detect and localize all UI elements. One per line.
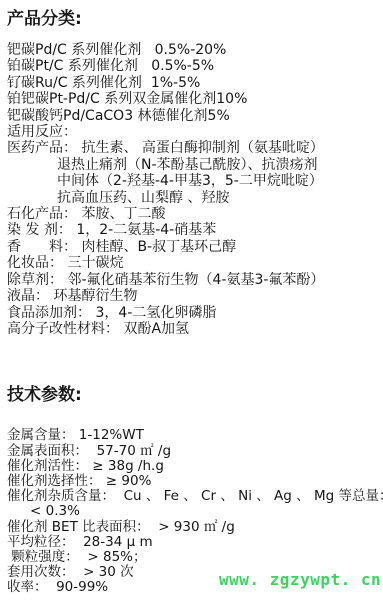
text-line: 液晶： 环基醇衍生物 (7, 288, 379, 304)
text-line: 金属表面积： 57-70 ㎡ /g (7, 444, 379, 459)
text-line: 铂碳Pt/C 系列催化剂 0.5%-5% (7, 58, 379, 74)
text-line: 中间体（2-羟基-4-甲基3，5-二甲烷吡啶） (7, 173, 379, 189)
text-line: 抗高血压药、山梨醇 、羟胺 (7, 190, 379, 206)
text-line: 钌碳Ru/C 系列催化剂 1%-5% (7, 75, 379, 91)
text-line: 金属含量： 1-12%WT (7, 428, 379, 443)
text-line: 化妆品： 三十碳烷 (7, 255, 379, 271)
section-title-product-categories: 产品分类: (7, 9, 379, 30)
text-line: 染 发 剂： 1，2-二氨基-4-硝基苯 (7, 222, 379, 238)
product-categories-list: 钯碳Pd/C 系列催化剂 0.5%-20%铂碳Pt/C 系列催化剂 0.5%-5… (7, 42, 379, 337)
text-line: 食品添加剂： 3，4-二氢化卵磷脂 (7, 305, 379, 321)
text-line: 催化剂杂质含量： Cu 、 Fe 、 Cr 、 Ni 、 Ag 、 Mg 等总量… (7, 489, 379, 504)
text-line: 钯碳Pd/C 系列催化剂 0.5%-20% (7, 42, 379, 58)
section-title-technical-parameters: 技术参数: (7, 385, 379, 406)
text-line: 颗粒强度： > 85%； (7, 550, 379, 565)
text-line: 催化剂选择性： ≥ 90% (7, 474, 379, 489)
document-page: 产品分类: 钯碳Pd/C 系列催化剂 0.5%-20%铂碳Pt/C 系列催化剂 … (0, 0, 383, 596)
text-line: 高分子改性材料： 双酚A加氢 (7, 321, 379, 337)
text-line: 铂钯碳Pt-Pd/C 系列双金属催化剂10% (7, 91, 379, 107)
text-line: 适用反应： (7, 124, 379, 140)
text-line: 香 料： 肉桂醇、B-叔丁基环己醇 (7, 239, 379, 255)
text-line: 平均粒径： 28-34 μ m (7, 535, 379, 550)
text-line: 催化剂 BET 比表面积： > 930 ㎡ /g (7, 520, 379, 535)
text-line: 钯碳酸钙Pd/CaCO3 林德催化剂5% (7, 108, 379, 124)
text-line: 催化剂活性： ≥ 38g /h.g (7, 459, 379, 474)
text-line: 石化产品： 苯胺、丁二酸 (7, 206, 379, 222)
watermark-url: www. zgzywpt. cn (219, 570, 381, 589)
text-line: 除草剂： 邻-氟化硝基苯衍生物（4-氨基3-氟苯酚） (7, 272, 379, 288)
text-line: 医药产品： 抗生素、 高蛋白酶抑制剂（氨基吡啶） (7, 140, 379, 156)
text-line: < 0.3% (7, 504, 379, 519)
text-line: 退热止痛剂（N-苯酚基己酰胺）、抗溃疡剂 (7, 157, 379, 173)
